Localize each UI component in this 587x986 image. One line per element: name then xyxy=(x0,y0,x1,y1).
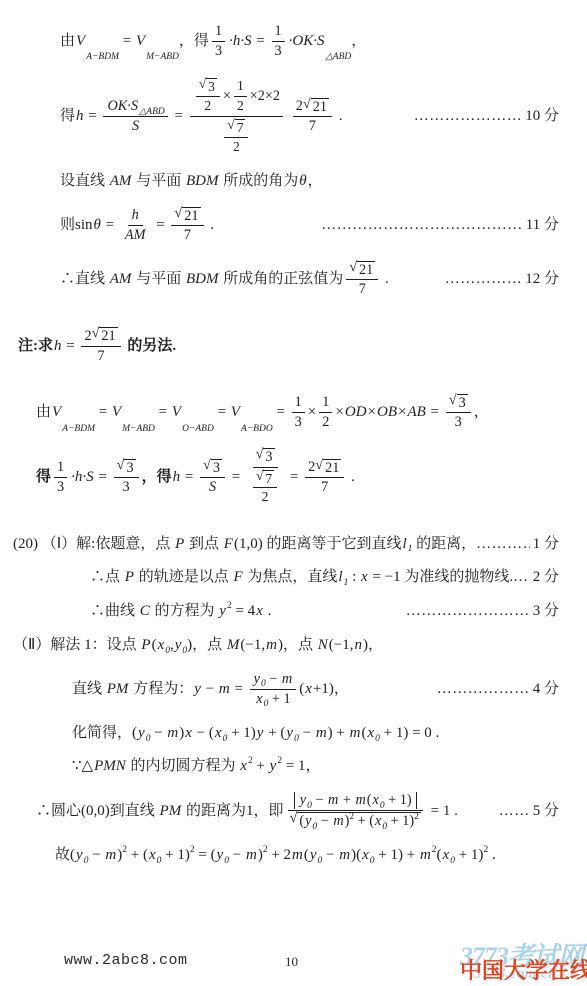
page-footer: www.2abc8.com 10 xyxy=(0,948,587,972)
fraction-denominator: 2 xyxy=(230,138,243,156)
fraction: hAM xyxy=(121,206,150,245)
text-run: 的轨迹是以点 xyxy=(135,568,233,587)
math-operator: = xyxy=(95,403,111,422)
math-variable: x xyxy=(442,846,451,865)
math-operator: = xyxy=(119,32,135,51)
fraction: √72 xyxy=(224,118,248,156)
math-variable: BDM xyxy=(185,172,220,191)
text-run: ，即 xyxy=(253,802,283,821)
fraction-denominator: 2 xyxy=(201,97,214,115)
subscript: 0 xyxy=(261,679,266,690)
math-operator: − xyxy=(322,846,338,865)
math-operator: + ( xyxy=(264,724,285,743)
math-variable: x xyxy=(255,691,263,708)
math-variable: m xyxy=(332,813,344,829)
radicand: 3 xyxy=(457,394,468,411)
fraction-denominator: AM xyxy=(121,226,150,245)
math-operator: +1) xyxy=(313,680,334,699)
text-run: 所成的角为 xyxy=(219,172,298,191)
math-variable: x xyxy=(214,724,223,743)
math-variable: x xyxy=(360,568,369,587)
math-operator: = xyxy=(427,403,443,422)
text-run: 故 xyxy=(55,846,70,865)
line-locus: ∴点 P 的轨迹是以点 F 为焦点，直线l1 : x = −1 为准线的抛物线.… xyxy=(0,568,587,587)
subscript: 0 xyxy=(307,801,312,812)
math-operator: 3 xyxy=(126,460,133,476)
radical-icon: √ xyxy=(92,326,100,342)
fraction-denominator: 7 xyxy=(95,347,108,366)
radical-icon: √ xyxy=(315,458,323,474)
text-run: ， xyxy=(351,32,366,51)
math-variable: m xyxy=(349,724,362,743)
square-root: √7 xyxy=(256,470,274,487)
fraction: 12 xyxy=(319,393,332,432)
math-operator: = xyxy=(214,403,230,422)
text-run: ∴直线 xyxy=(60,270,109,289)
subscript: 0 xyxy=(224,856,229,868)
math-variable: V xyxy=(135,32,146,51)
math-operator: 3 xyxy=(57,479,64,496)
math-operator: + 1) xyxy=(455,846,483,865)
subscript: 0 xyxy=(312,822,317,833)
math-variable: S xyxy=(208,479,217,496)
fraction-numerator: √3 xyxy=(196,77,220,97)
math-operator: . xyxy=(488,846,496,865)
radicand: 3 xyxy=(211,459,222,476)
superscript: 2 xyxy=(414,812,419,823)
text-run: ∵△ xyxy=(72,757,93,776)
math-operator: 3 xyxy=(455,414,462,431)
math-variable: BDM xyxy=(185,270,220,289)
text-run: 设直线 xyxy=(60,172,109,191)
bold-text: 的另法. xyxy=(124,337,177,356)
radicand: 21 xyxy=(99,327,117,344)
math-operator: 1 xyxy=(215,23,222,40)
math-operator: sin xyxy=(75,216,93,235)
math-variable: m xyxy=(281,671,293,688)
subscript: 0 xyxy=(264,699,269,710)
math-operator: = 4 xyxy=(232,602,255,621)
fraction: √33 xyxy=(114,458,139,497)
fraction-numerator: 1 xyxy=(212,22,225,42)
fraction-denominator: 2 xyxy=(259,488,272,506)
line-q20-part2-setup: （Ⅱ）解法 1：设点 P(x0,y0)，点 M(−1,m)，点 N(−1,n)， xyxy=(0,636,587,655)
math-variable: P xyxy=(140,636,151,655)
math-operator: 2 xyxy=(308,459,315,476)
math-variable: y xyxy=(137,724,146,743)
radical-icon: √ xyxy=(174,206,182,222)
math-operator: (−1, xyxy=(329,636,354,655)
math-variable: y xyxy=(299,792,307,809)
math-operator xyxy=(286,107,290,126)
text-run: ， xyxy=(308,172,323,191)
math-operator: + xyxy=(339,792,354,809)
fraction-numerator: 1 xyxy=(272,22,285,42)
subscript: 0 xyxy=(157,856,162,868)
math-operator: (0,0) xyxy=(81,802,110,821)
fraction-numerator: y0 − m xyxy=(250,670,297,690)
fraction-denominator: 3 xyxy=(212,42,225,61)
fraction-denominator: √72 xyxy=(218,117,254,157)
text-run: 化简得， xyxy=(72,724,132,743)
math-operator: 2 xyxy=(296,98,303,115)
math-variable: OD xyxy=(344,403,368,422)
fraction-numerator: √21 xyxy=(171,206,203,226)
square-root: √(y0 − m)2 + (x0 + 1)2 xyxy=(289,812,420,829)
subscript: 0 xyxy=(223,734,228,746)
math-operator: = xyxy=(85,107,101,126)
math-variable: V xyxy=(230,403,241,422)
radical-icon: √ xyxy=(203,458,211,474)
fraction: 13 xyxy=(54,458,67,497)
radicand: 3 xyxy=(206,78,217,95)
fraction-numerator: y0 − m + m(x0 + 1) xyxy=(288,791,423,811)
fraction-denominator: √72 xyxy=(247,468,283,508)
math-variable: AM xyxy=(109,172,133,191)
fraction-numerator: 1 xyxy=(54,458,67,478)
line-curve-equation: ∴曲线 C 的方程为 y2 = 4x .……………………3 分 xyxy=(0,602,587,621)
math-operator: = xyxy=(95,468,111,487)
math-variable: PM xyxy=(159,802,183,821)
math-variable: n xyxy=(353,636,363,655)
square-root: √3 xyxy=(199,78,217,95)
square-root: √3 xyxy=(449,394,468,411)
radicand: 7 xyxy=(235,119,246,136)
math-operator: 2 xyxy=(233,139,240,155)
fraction-numerator: 2√21 xyxy=(81,326,120,346)
math-operator: 2 xyxy=(84,328,91,345)
text-run: 的内切圆方程为 xyxy=(127,757,240,776)
math-operator: 1 xyxy=(322,394,329,411)
text-run: 由 xyxy=(36,403,51,422)
math-operator: ) + xyxy=(328,724,349,743)
subscript: 0 xyxy=(146,734,151,746)
math-variable: AM xyxy=(109,270,133,289)
math-operator: = 1 xyxy=(282,757,305,776)
math-variable: y xyxy=(253,671,261,688)
math-operator: 1 xyxy=(275,23,282,40)
math-operator: 1 xyxy=(237,78,244,94)
text-run: 则 xyxy=(60,216,75,235)
math-operator: 21 xyxy=(101,328,115,344)
math-operator: = xyxy=(228,468,244,487)
radical-icon: √ xyxy=(289,811,297,827)
text-run: ，点 xyxy=(192,636,226,655)
math-operator: + ( xyxy=(354,813,374,829)
math-operator: + 1) xyxy=(161,846,189,865)
math-operator: . xyxy=(347,468,355,487)
subscript: A−BDM xyxy=(86,52,119,64)
line-simplified: 化简得，(y0 − m)x − (x0 + 1)y + (y0 − m) + m… xyxy=(0,724,587,743)
math-operator: × xyxy=(308,403,316,422)
math-operator: 21 xyxy=(184,208,198,224)
math-variable: x xyxy=(374,813,382,829)
math-variable: y xyxy=(285,724,294,743)
math-variable: m xyxy=(338,846,351,865)
math-variable: S xyxy=(131,118,140,135)
math-variable: V xyxy=(111,403,122,422)
fraction-numerator: 1 xyxy=(292,393,305,413)
line-sine-value: 则sinθ = hAM = √217 .…………………………………11 分 xyxy=(0,206,587,245)
math-operator: 7 xyxy=(309,118,316,135)
math-operator: 3 xyxy=(275,43,282,60)
math-variable: C xyxy=(139,602,151,621)
math-operator: = xyxy=(155,403,171,422)
dot-leader: ………………… xyxy=(414,107,523,126)
math-operator: 2 xyxy=(204,98,211,114)
subscript: M−ABD xyxy=(146,52,179,64)
bold-text: 得 xyxy=(36,468,51,487)
math-variable: m xyxy=(104,846,117,865)
math-variable: θ xyxy=(298,172,307,191)
math-operator: )( xyxy=(351,846,361,865)
fraction-denominator: 7 xyxy=(306,117,319,136)
superscript: 2 xyxy=(227,601,232,613)
subscript: 1 xyxy=(344,578,349,590)
fraction-numerator: OK·S△ABD xyxy=(103,97,167,117)
fraction-denominator: 7 xyxy=(181,226,194,245)
math-operator: 1 xyxy=(57,459,64,476)
fraction-denominator: S xyxy=(128,117,143,136)
fraction: OK·S△ABDS xyxy=(103,97,167,136)
math-operator: × xyxy=(335,403,343,422)
math-operator: = xyxy=(231,680,247,699)
math-operator: 3 xyxy=(295,414,302,431)
line-pm-equation: 直线 PM 方程为：y − m = y0 − mx0 + 1(x+1)，…………… xyxy=(0,670,587,709)
fraction: y0 − mx0 + 1 xyxy=(250,670,297,709)
math-operator: 3 xyxy=(213,460,220,476)
subscript: 0 xyxy=(375,734,380,746)
superscript: 2 xyxy=(122,845,127,857)
text-run: 的距离为 xyxy=(182,802,246,821)
math-operator: = −1 xyxy=(369,568,401,587)
math-operator: 3 xyxy=(459,395,466,411)
math-variable: x xyxy=(239,757,248,776)
text-run: ， xyxy=(334,680,349,699)
math-variable: y xyxy=(193,680,202,699)
math-variable: AB xyxy=(406,403,426,422)
text-run: 所成角的正弦值为 xyxy=(219,270,343,289)
line-volume-chain: 由VA−BDM = VM−ABD = VO−ABD = VA−BDO = 13×… xyxy=(0,393,587,432)
math-operator: 7 xyxy=(237,120,244,136)
math-variable: x xyxy=(361,846,370,865)
math-variable: AM xyxy=(124,227,147,244)
math-variable: ·OK·S xyxy=(288,32,326,51)
text-run: (20) （Ⅰ）解:依题意，点 xyxy=(13,535,174,554)
math-operator: (−1, xyxy=(240,636,265,655)
text-run: ∴点 xyxy=(90,568,124,587)
math-operator: 7 xyxy=(184,227,191,244)
math-operator: 3 xyxy=(208,79,215,95)
fraction-denominator: 3 xyxy=(272,42,285,61)
subscript: 0 xyxy=(370,856,375,868)
text-run: 的距离， xyxy=(412,535,476,554)
text-run: ∴圆心 xyxy=(36,802,81,821)
math-operator: × xyxy=(223,88,231,105)
math-operator: 7 xyxy=(265,471,272,487)
math-variable: y xyxy=(304,813,312,829)
score-label: 10 分 xyxy=(525,107,559,126)
dot-leader: …………………… xyxy=(406,602,530,621)
fraction-numerator: 1 xyxy=(234,77,247,96)
text-run: ，得 xyxy=(179,32,209,51)
subscript: 0 xyxy=(450,856,455,868)
radicand: 7 xyxy=(263,470,274,487)
superscript: 2 xyxy=(248,756,253,768)
score-label: 2 分 xyxy=(533,568,559,587)
text-run: 方程为： xyxy=(129,680,193,699)
radicand: 21 xyxy=(357,261,375,278)
fraction: √33 xyxy=(446,393,471,432)
radicand: 3 xyxy=(263,448,274,465)
fraction-numerator: 2√21 xyxy=(305,458,344,478)
fraction-numerator: √3 xyxy=(253,447,278,467)
math-operator: 7 xyxy=(98,348,105,365)
fraction: 13 xyxy=(292,393,305,432)
square-root: √7 xyxy=(227,119,245,136)
line-distance-condition: ∴圆心(0,0)到直线 PM 的距离为1，即y0 − m + m(x0 + 1)… xyxy=(0,791,587,830)
superscript: 2 xyxy=(349,812,354,823)
subscript: 0 xyxy=(165,646,170,658)
line-h-computation: 得h = OK·S△ABDS = √32×12×2×2√72 2√217 .……… xyxy=(0,76,587,157)
radical-icon: √ xyxy=(256,469,263,484)
math-operator: . xyxy=(207,216,215,235)
text-run: ， xyxy=(368,636,383,655)
text-run: ∴曲线 xyxy=(90,602,139,621)
superscript: 2 xyxy=(483,845,488,857)
math-variable: x xyxy=(157,636,166,655)
score-label: 4 分 xyxy=(533,680,559,699)
math-operator: . xyxy=(381,270,389,289)
subscript: 0 xyxy=(182,646,187,658)
math-variable: m xyxy=(245,846,258,865)
dot-leader: ………………………………… xyxy=(321,216,523,235)
fraction-numerator: √3 xyxy=(446,393,471,413)
math-operator: 2 xyxy=(262,489,269,505)
math-variable: m xyxy=(166,724,179,743)
fraction-denominator: x0 + 1 xyxy=(252,690,293,709)
score-label: 3 分 xyxy=(533,602,559,621)
score-label: 12 分 xyxy=(525,270,559,289)
fraction-denominator: 2 xyxy=(234,97,247,115)
radical-icon: √ xyxy=(349,260,357,276)
math-variable: x xyxy=(148,846,157,865)
math-operator: − xyxy=(317,813,332,829)
bold-text: ，得 xyxy=(142,468,172,487)
page-number: 10 xyxy=(285,954,298,970)
square-root: √21 xyxy=(303,98,329,115)
math-operator: : xyxy=(348,568,360,587)
radical-icon: √ xyxy=(199,77,206,92)
math-operator: = xyxy=(253,32,269,51)
line-note-alternative: 注:求h = 2√217 的另法. xyxy=(0,326,587,365)
superscript: 2 xyxy=(263,845,268,857)
math-variable: P xyxy=(174,535,185,554)
math-variable: m xyxy=(315,724,328,743)
fraction-numerator: √7 xyxy=(224,118,248,138)
math-variable: M xyxy=(226,636,241,655)
fraction: 13 xyxy=(212,22,225,61)
math-operator: + 1) + xyxy=(375,846,419,865)
math-variable: y xyxy=(174,636,183,655)
dot-leader: …………… xyxy=(445,270,523,289)
text-run: 的方程为 xyxy=(151,602,219,621)
score-label: 11 分 xyxy=(526,216,559,235)
fraction-numerator: h xyxy=(128,206,143,226)
text-run: 为准线的抛物线. xyxy=(401,568,514,587)
radical-icon: √ xyxy=(303,97,311,113)
math-variable: m xyxy=(218,680,231,699)
math-variable: OK·S xyxy=(106,98,138,115)
math-operator: ×2×2 xyxy=(250,88,280,105)
math-operator: = xyxy=(286,468,302,487)
math-variable: x xyxy=(366,724,375,743)
line-h-alternative: 得13·h·S = √33，得h = √3S = √3√72 = 2√217 . xyxy=(0,447,587,507)
radical-icon: √ xyxy=(117,458,125,474)
fraction: 2√217 xyxy=(293,97,332,136)
text-run: 与平面 xyxy=(132,172,185,191)
math-variable: ·h·S xyxy=(228,32,253,51)
math-variable: m xyxy=(327,792,339,809)
square-root: √21 xyxy=(174,207,200,224)
superscript: 2 xyxy=(432,845,437,857)
dot-leader: ……………… xyxy=(437,680,530,699)
subscript: M−ABD xyxy=(122,424,155,436)
fraction-denominator: 7 xyxy=(356,280,369,299)
math-variable: h xyxy=(75,107,85,126)
fraction: √217 xyxy=(171,206,203,245)
radicand: 21 xyxy=(311,98,329,115)
fraction-denominator: 3 xyxy=(292,413,305,432)
text-run: ， xyxy=(474,403,489,422)
math-variable: F xyxy=(223,535,234,554)
fraction: 12 xyxy=(234,77,247,114)
square-root: √3 xyxy=(203,459,222,476)
fraction-numerator: √7 xyxy=(253,469,277,489)
math-operator: 1 xyxy=(295,394,302,411)
solution-body: 由VA−BDM = VM−ABD，得13·h·S = 13·OK·S△ABD，得… xyxy=(0,0,587,864)
math-operator: 21 xyxy=(313,99,327,115)
fraction-numerator: √32×12×2×2 xyxy=(190,76,283,117)
square-root: √21 xyxy=(92,327,118,344)
math-variable: x xyxy=(184,724,193,743)
math-operator: 2 xyxy=(237,98,244,114)
subscript: 0 xyxy=(84,856,89,868)
radical-icon: √ xyxy=(227,118,234,133)
superscript: 2 xyxy=(190,845,195,857)
math-operator: + 1 xyxy=(268,691,290,708)
fraction: 2√217 xyxy=(81,326,120,365)
fraction-denominator: 7 xyxy=(318,478,331,497)
subscript: △ABD xyxy=(326,52,352,64)
math-variable: OB xyxy=(376,403,398,422)
dot-leader: …………… xyxy=(513,568,530,587)
math-variable: P xyxy=(124,568,135,587)
text-run: 与平面 xyxy=(132,270,185,289)
math-operator: = xyxy=(152,216,168,235)
math-variable: V xyxy=(51,403,62,422)
subscript: O−ABD xyxy=(182,424,214,436)
math-variable: m xyxy=(419,846,432,865)
math-operator: = xyxy=(63,337,79,356)
math-operator: = xyxy=(102,216,118,235)
math-variable: m xyxy=(265,636,278,655)
text-run: ， xyxy=(306,757,321,776)
fraction: √32×12×2×2√72 xyxy=(190,76,283,157)
fraction-denominator: √(y0 − m)2 + (x0 + 1)2 xyxy=(286,811,423,830)
line-expanded: 故(y0 − m)2 + (x0 + 1)2 = (y0 − m)2 + 2m(… xyxy=(0,846,587,865)
subscript: 0 xyxy=(380,801,385,812)
